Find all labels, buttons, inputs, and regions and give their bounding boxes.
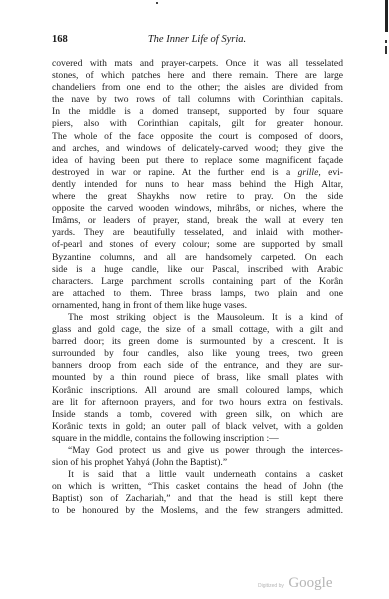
text-line: side is a huge candle, like our Pascal, … [52,264,343,276]
text-line: covered with mats and prayer-carpets. On… [52,58,343,70]
text-line: Inside stands a tomb, covered with green… [52,409,343,421]
text-line: the nave by two rows of tall columns wit… [52,94,343,106]
text-line: sion of his prophet Yahyá (John the Bapt… [52,457,343,469]
text-line: characters. Large parchment scrolls cont… [52,276,343,288]
page-header: 168 The Inner Life of Syria. [52,34,342,48]
text-line: In the middle is a domed transept, suppo… [52,106,343,118]
text-line: It is said that a little vault underneat… [52,469,343,481]
text-line: surrounded by four candles, also like yo… [52,348,343,360]
text-line: stones, of which patches here and there … [52,70,343,82]
text-line: mounted by a thin round piece of brass, … [52,372,343,384]
text-line: Imâms, or leaders of prayer, stand, brea… [52,215,343,227]
text-line: to be honoured by the Moslems, and the f… [52,505,343,517]
text-line: “May God protect us and give us power th… [52,445,343,457]
scan-edge-mark [385,46,387,54]
digitized-by-label: Digitized by [258,583,284,589]
scan-edge-mark [385,0,388,32]
text-line: Byzantine columns, and all are handsomel… [52,252,343,264]
text-line: The whole of the face opposite the court… [52,131,343,143]
running-title: The Inner Life of Syria. [52,34,342,45]
text-line: Baptist) son of Zachariah,” and that the… [52,493,343,505]
text-line: are lit for afternoon prayers, and for t… [52,397,343,409]
text-line: yards. They are beautifully tesselated, … [52,227,343,239]
text-line: where the great Shaykhs now retire to pr… [52,191,343,203]
body-text: covered with mats and prayer-carpets. On… [52,58,343,518]
text-line: and arches, and windows of delicately-ca… [52,143,343,155]
text-line: dently intended for nuns to hear mass be… [52,179,343,191]
text-line: piers, also with Corinthian capitals, gi… [52,118,343,130]
text-line: idea of having been put there to replace… [52,155,343,167]
text-line: square in the middle, contains the follo… [52,433,343,445]
google-logo-text: Google [288,575,332,591]
text-line: banners droop from each side of the entr… [52,360,343,372]
text-line: on which is written, “This casket contai… [52,481,343,493]
digitized-by-watermark: Digitized by Google [258,574,332,592]
text-line: are attached to them. Three brass lamps,… [52,288,343,300]
text-line: opposite the carved wooden windows, mihr… [52,203,343,215]
text-line: Korânic inscriptions. All around are sma… [52,385,343,397]
text-line: of-pearl and stones of every colour; som… [52,239,343,251]
text-line: Korânic texts in gold; an outer pall of … [52,421,343,433]
text-line: destroyed in war or rapine. At the furth… [52,167,343,179]
text-line: glass and gold cage, the size of a small… [52,324,343,336]
text-line: ornamented, hang in front of them like h… [52,300,343,312]
text-line: chandeliers from one end to the other; t… [52,82,343,94]
scan-artifact-dot [156,2,158,4]
text-line: The most striking object is the Mausoleu… [52,312,343,324]
scan-edge-mark [385,40,387,43]
text-line: barred door; its green dome is surmounte… [52,336,343,348]
